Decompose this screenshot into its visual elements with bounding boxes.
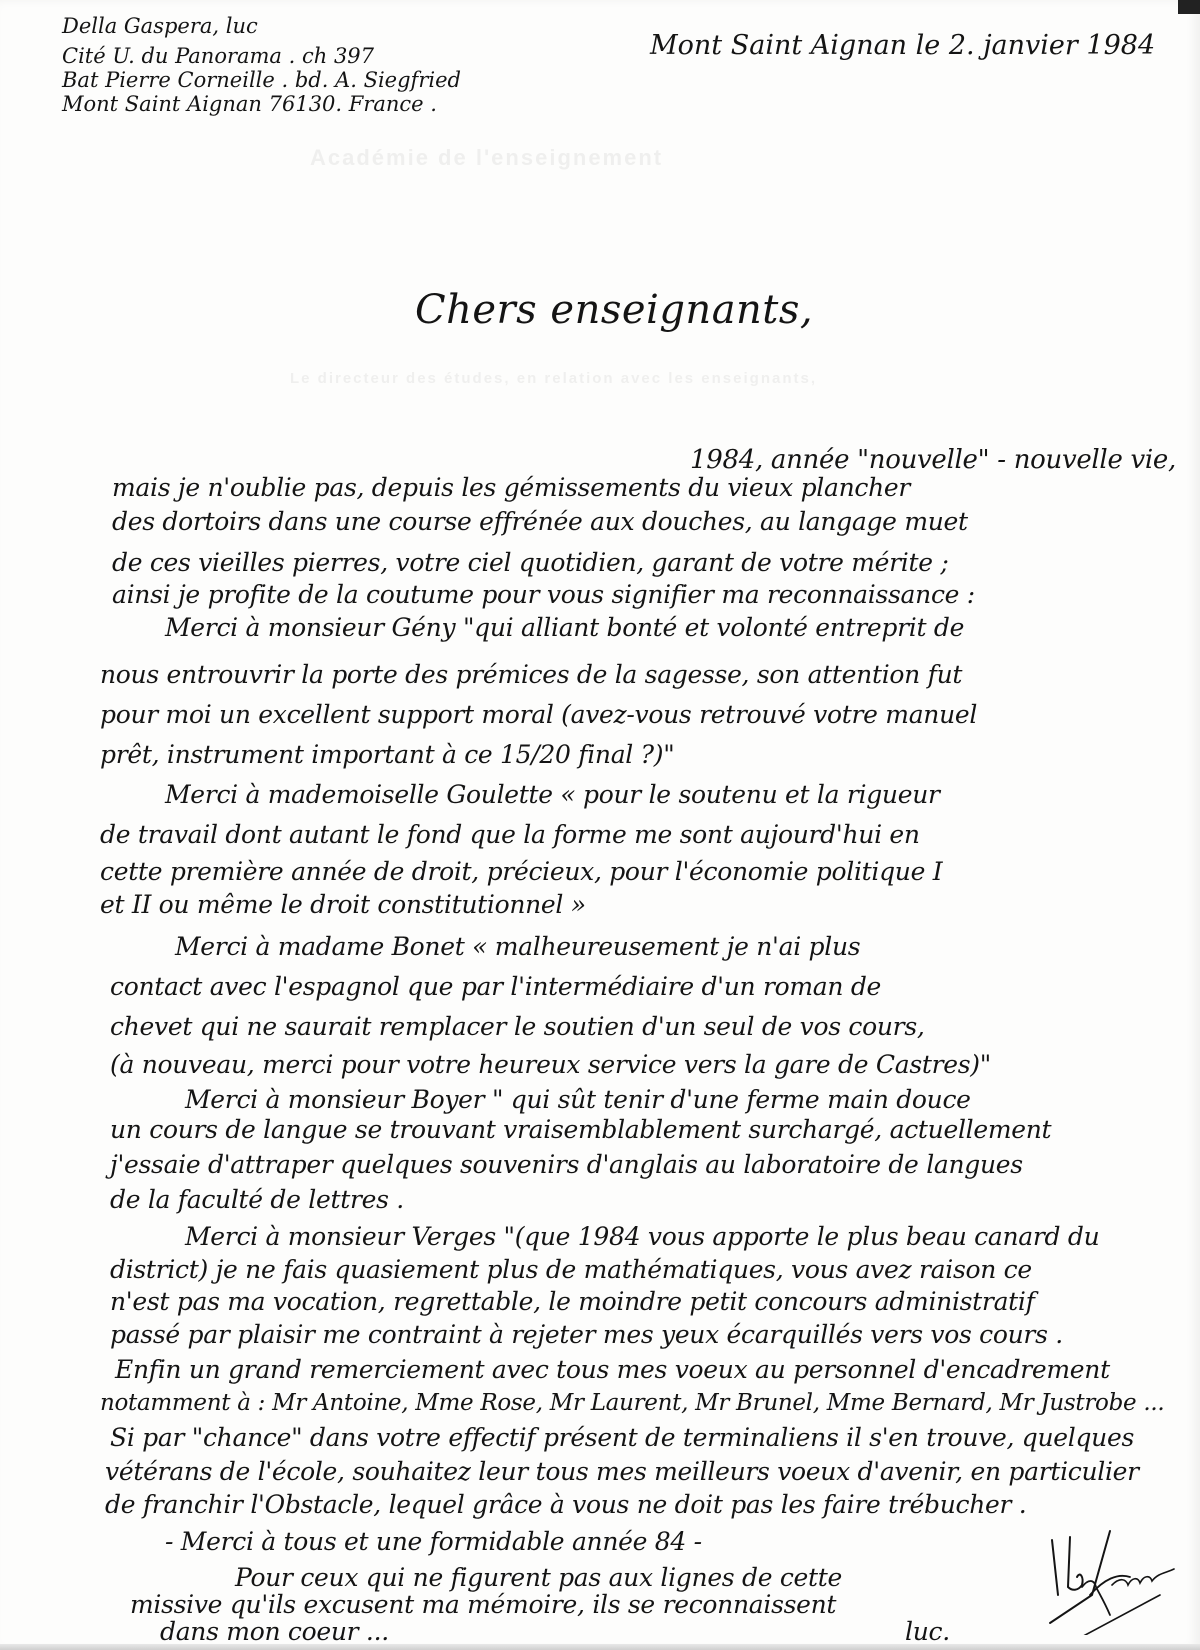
scan-edge-artifact bbox=[0, 1644, 1200, 1650]
bleed-through-print: Académie de l'enseignement bbox=[310, 145, 663, 171]
bleed-through-print: Le directeur des études, en relation ave… bbox=[290, 370, 817, 387]
letter-page: Académie de l'enseignement Le directeur … bbox=[0, 0, 1200, 1650]
body-line: (à nouveau, merci pour votre heureux ser… bbox=[110, 1050, 991, 1079]
body-line: Merci à madame Bonet « malheureusement j… bbox=[175, 932, 860, 961]
sender-address-line: Mont Saint Aignan 76130. France . bbox=[62, 92, 437, 116]
body-line: district) je ne fais quasiement plus de … bbox=[110, 1255, 1032, 1284]
body-line: Pour ceux qui ne figurent pas aux lignes… bbox=[235, 1563, 842, 1592]
scan-edge-artifact bbox=[1178, 0, 1200, 14]
body-line: dans mon coeur ... bbox=[160, 1617, 389, 1646]
signature-icon bbox=[1022, 1525, 1182, 1635]
body-line: 1984, année "nouvelle" - nouvelle vie, bbox=[690, 445, 1176, 475]
body-line: de franchir l'Obstacle, lequel grâce à v… bbox=[105, 1490, 1026, 1519]
body-line: j'essaie d'attraper quelques souvenirs d… bbox=[110, 1150, 1023, 1179]
closing-first-name: luc. bbox=[905, 1617, 950, 1646]
body-line: mais je n'oublie pas, depuis les gémisse… bbox=[112, 473, 910, 502]
body-line: de la faculté de lettres . bbox=[110, 1185, 404, 1214]
body-line: pour moi un excellent support moral (ave… bbox=[100, 700, 977, 729]
body-line: Merci à monsieur Boyer " qui sût tenir d… bbox=[185, 1085, 971, 1114]
body-line: passé par plaisir me contraint à rejeter… bbox=[110, 1320, 1063, 1349]
body-line: de ces vieilles pierres, votre ciel quot… bbox=[112, 548, 949, 577]
body-line: chevet qui ne saurait remplacer le souti… bbox=[110, 1012, 925, 1041]
body-line: - Merci à tous et une formidable année 8… bbox=[165, 1527, 702, 1556]
body-line: ainsi je profite de la coutume pour vous… bbox=[112, 580, 975, 609]
sender-address-line: Bat Pierre Corneille . bd. A. Siegfried bbox=[62, 68, 461, 92]
sender-name: Della Gaspera, luc bbox=[62, 14, 258, 38]
body-line: Merci à monsieur Verges "(que 1984 vous … bbox=[185, 1222, 1099, 1251]
body-line: des dortoirs dans une course effrénée au… bbox=[112, 507, 968, 536]
body-line: Enfin un grand remerciement avec tous me… bbox=[115, 1355, 1110, 1384]
body-line: vétérans de l'école, souhaitez leur tous… bbox=[105, 1457, 1139, 1486]
body-line: n'est pas ma vocation, regrettable, le m… bbox=[110, 1287, 1035, 1316]
body-line: Merci à mademoiselle Goulette « pour le … bbox=[165, 780, 940, 809]
body-line: cette première année de droit, précieux,… bbox=[100, 857, 942, 886]
body-line: notamment à : Mr Antoine, Mme Rose, Mr L… bbox=[100, 1390, 1164, 1416]
body-line: un cours de langue se trouvant vraisembl… bbox=[110, 1115, 1051, 1144]
body-line: et II ou même le droit constitutionnel » bbox=[100, 890, 586, 919]
sender-address-line: Cité U. du Panorama . ch 397 bbox=[62, 44, 374, 68]
body-line: missive qu'ils excusent ma mémoire, ils … bbox=[130, 1590, 836, 1619]
place-and-date: Mont Saint Aignan le 2. janvier 1984 bbox=[650, 30, 1155, 61]
body-line: prêt, instrument important à ce 15/20 fi… bbox=[100, 740, 674, 769]
body-line: contact avec l'espagnol que par l'interm… bbox=[110, 972, 881, 1001]
body-line: Si par "chance" dans votre effectif prés… bbox=[110, 1423, 1134, 1452]
body-line: nous entrouvrir la porte des prémices de… bbox=[100, 660, 962, 689]
body-line: Merci à monsieur Gény "qui alliant bonté… bbox=[165, 613, 964, 642]
body-line: de travail dont autant le fond que la fo… bbox=[100, 820, 920, 849]
salutation: Chers enseignants, bbox=[415, 287, 813, 333]
